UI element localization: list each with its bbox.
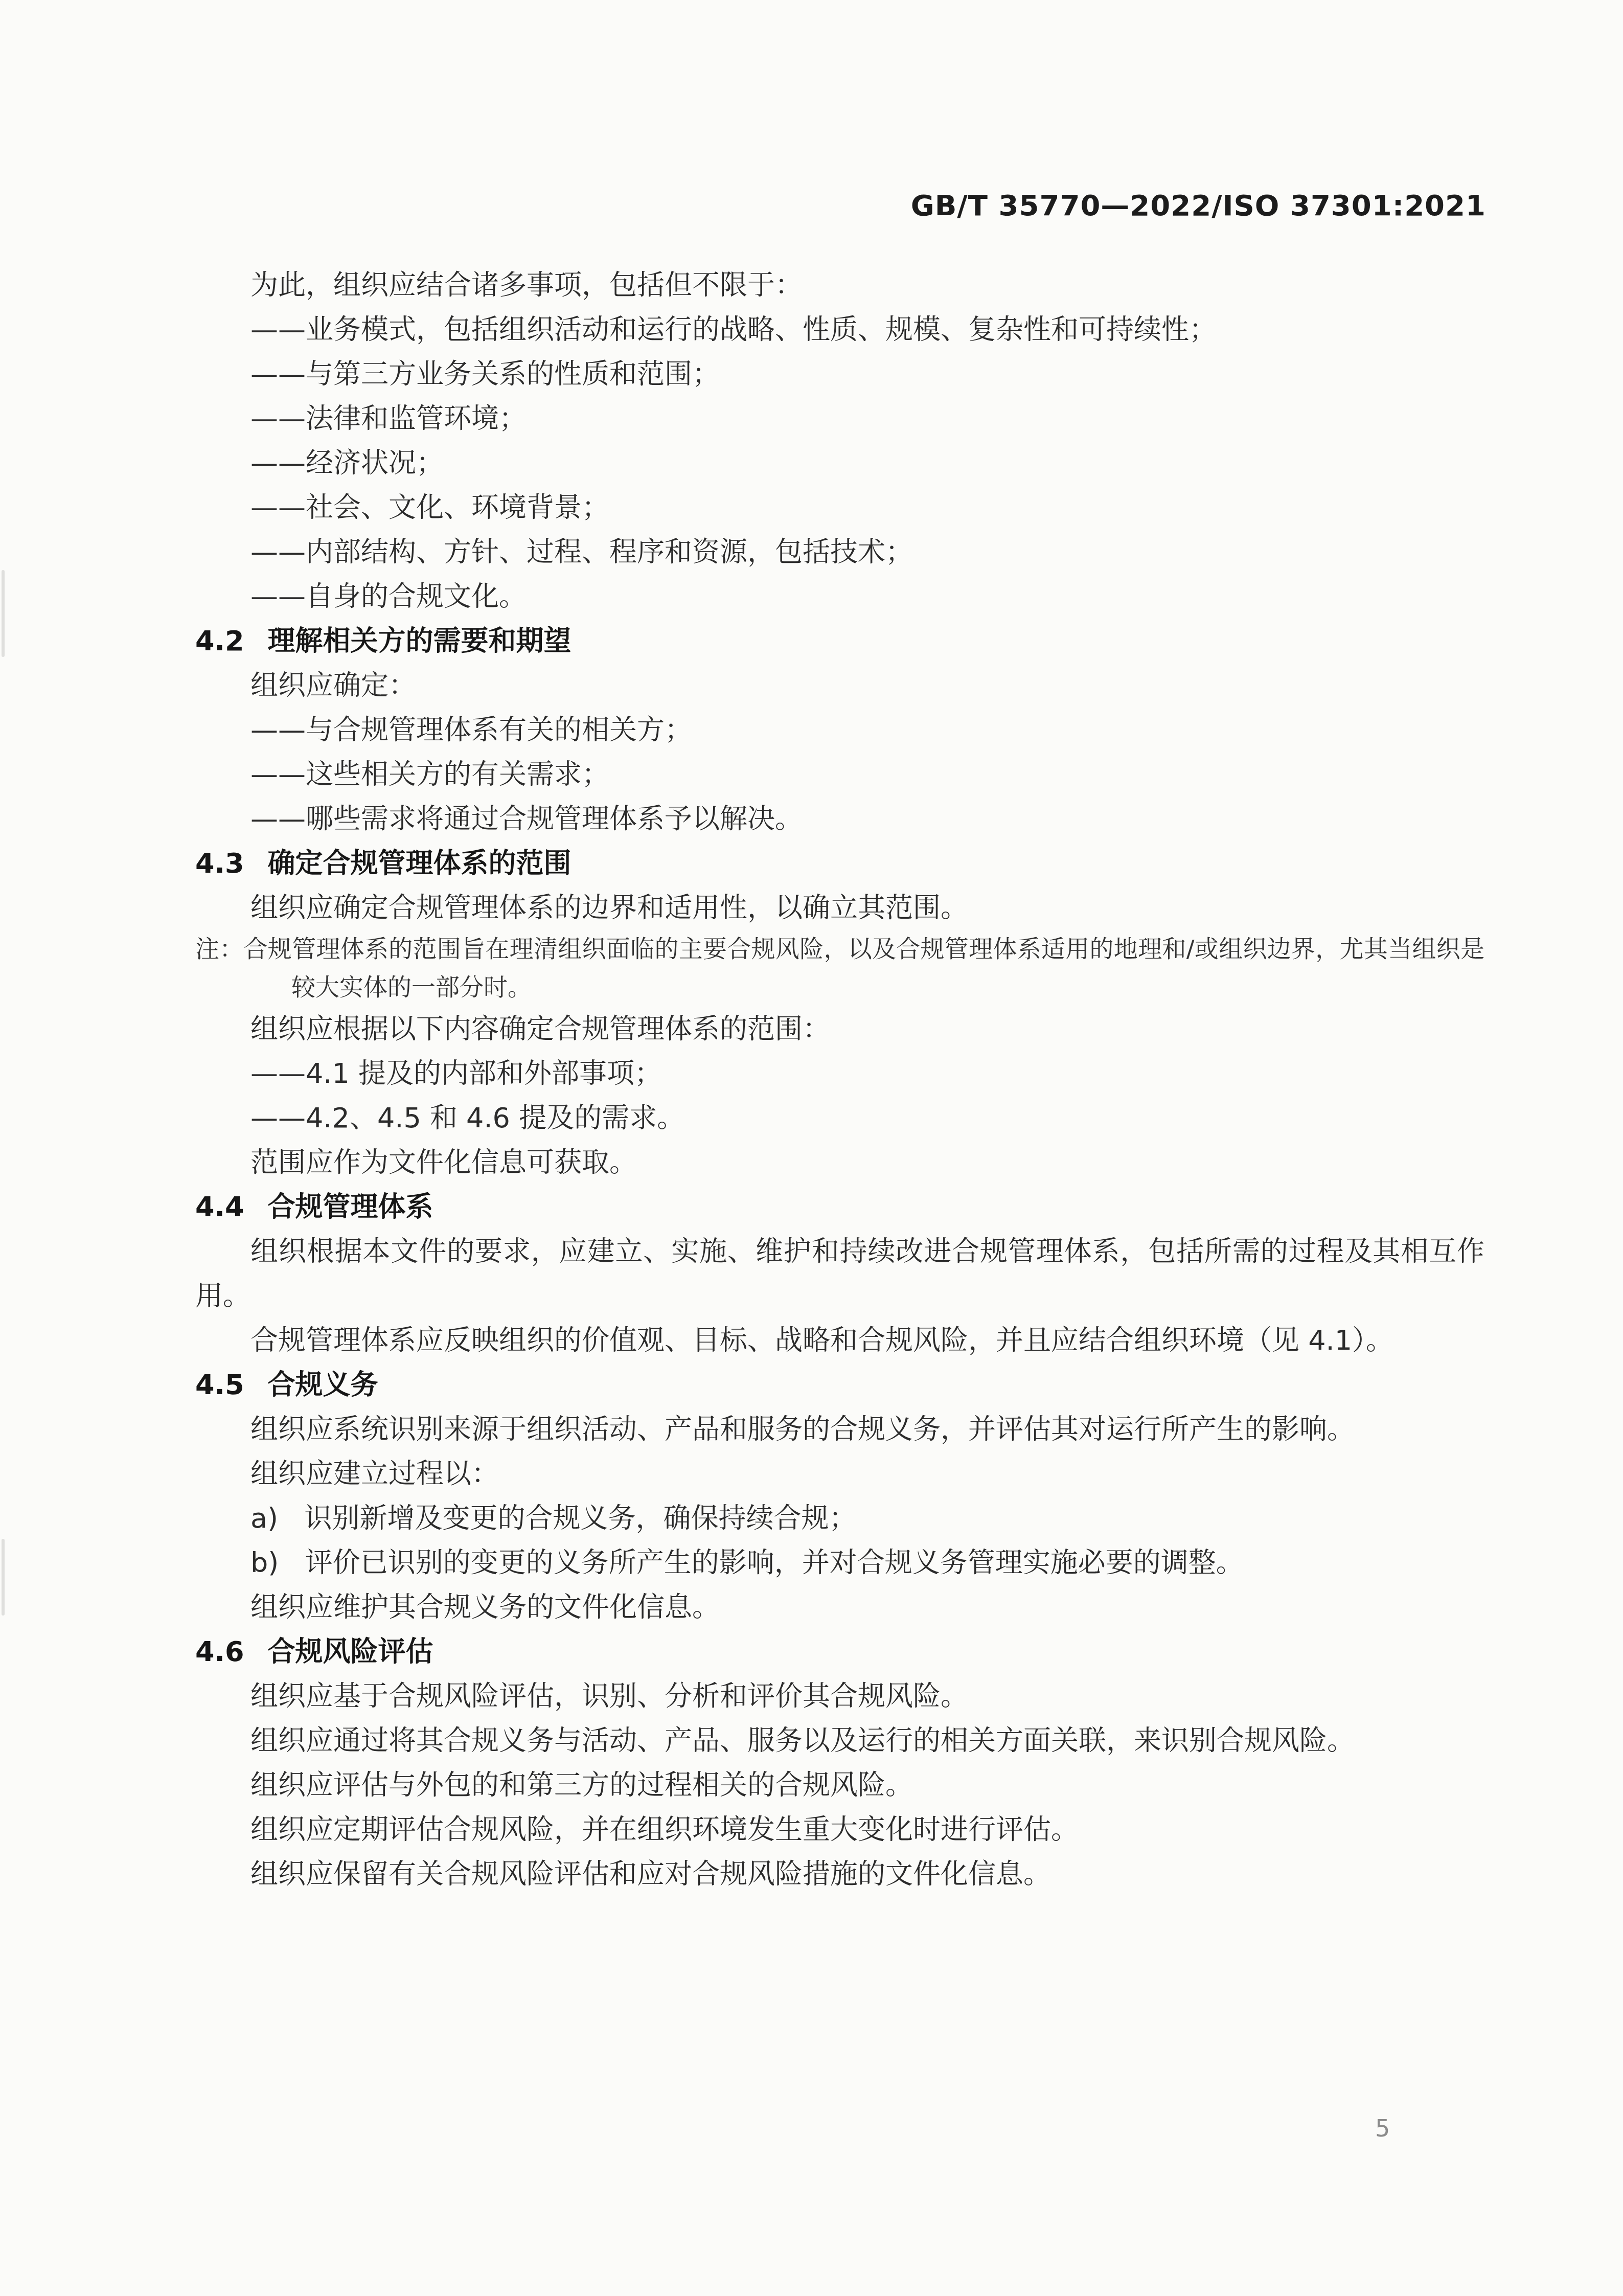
dash-list-item: ——与第三方业务关系的性质和范围； — [195, 352, 1484, 396]
section-number: 4.3 — [195, 847, 244, 879]
dash-list-item: ——4.2、4.5 和 4.6 提及的需求。 — [195, 1096, 1484, 1140]
scan-artifact — [2, 1539, 5, 1616]
section-number: 4.5 — [195, 1369, 244, 1401]
page-number: 5 — [1375, 2115, 1390, 2142]
section-title: 理解相关方的需要和期望 — [268, 625, 572, 657]
list-item-text: 识别新增及变更的合规义务，确保持续合规； — [304, 1502, 856, 1534]
paragraph: 组织根据本文件的要求，应建立、实施、维护和持续改进合规管理体系，包括所需的过程及… — [195, 1229, 1484, 1318]
paragraph: 组织应保留有关合规风险评估和应对合规风险措施的文件化信息。 — [195, 1852, 1484, 1896]
paragraph: 组织应确定合规管理体系的边界和适用性，以确立其范围。 — [195, 885, 1484, 930]
paragraph: 合规管理体系应反映组织的价值观、目标、战略和合规风险，并且应结合组织环境（见 4… — [195, 1318, 1484, 1362]
paragraph: 组织应通过将其合规义务与活动、产品、服务以及运行的相关方面关联，来识别合规风险。 — [195, 1718, 1484, 1763]
section-title: 合规义务 — [268, 1369, 378, 1401]
dash-list-item: ——法律和监管环境； — [195, 396, 1484, 441]
dash-list-item: ——社会、文化、环境背景； — [195, 485, 1484, 530]
dash-list-item: ——业务模式，包括组织活动和运行的战略、性质、规模、复杂性和可持续性； — [195, 307, 1484, 352]
list-item-a: a)识别新增及变更的合规义务，确保持续合规； — [195, 1496, 1484, 1540]
paragraph: 范围应作为文件化信息可获取。 — [195, 1140, 1484, 1185]
dash-list-item: ——经济状况； — [195, 441, 1484, 485]
section-number: 4.4 — [195, 1191, 244, 1223]
paragraph: 组织应根据以下内容确定合规管理体系的范围： — [195, 1007, 1484, 1051]
paragraph: 组织应基于合规风险评估，识别、分析和评价其合规风险。 — [195, 1674, 1484, 1718]
section-heading-4-5: 4.5合规义务 — [195, 1362, 1484, 1407]
note-label: 注： — [195, 935, 244, 963]
paragraph: 组织应评估与外包的和第三方的过程相关的合规风险。 — [195, 1763, 1484, 1807]
paragraph: 组织应定期评估合规风险，并在组织环境发生重大变化时进行评估。 — [195, 1807, 1484, 1852]
note-paragraph: 注：合规管理体系的范围旨在理清组织面临的主要合规风险，以及合规管理体系适用的地理… — [195, 930, 1484, 1007]
dash-list-item: ——4.1 提及的内部和外部事项； — [195, 1051, 1484, 1096]
section-number: 4.6 — [195, 1635, 244, 1668]
section-heading-4-4: 4.4合规管理体系 — [195, 1185, 1484, 1229]
list-item-label: a) — [250, 1502, 278, 1534]
dash-list-item: ——哪些需求将通过合规管理体系予以解决。 — [195, 797, 1484, 841]
dash-list-item: ——这些相关方的有关需求； — [195, 752, 1484, 797]
section-heading-4-3: 4.3确定合规管理体系的范围 — [195, 841, 1484, 885]
document-body: 为此，组织应结合诸多事项，包括但不限于： ——业务模式，包括组织活动和运行的战略… — [195, 263, 1484, 1896]
scan-artifact — [2, 570, 5, 657]
paragraph: 为此，组织应结合诸多事项，包括但不限于： — [195, 263, 1484, 307]
section-heading-4-6: 4.6合规风险评估 — [195, 1629, 1484, 1674]
dash-list-item: ——与合规管理体系有关的相关方； — [195, 708, 1484, 752]
note-text: 合规管理体系的范围旨在理清组织面临的主要合规风险，以及合规管理体系适用的地理和/… — [244, 935, 1484, 1002]
dash-list-item: ——自身的合规文化。 — [195, 574, 1484, 619]
section-heading-4-2: 4.2理解相关方的需要和期望 — [195, 619, 1484, 663]
list-item-b: b)评价已识别的变更的义务所产生的影响，并对合规义务管理实施必要的调整。 — [195, 1540, 1484, 1585]
dash-list-item: ——内部结构、方针、过程、程序和资源，包括技术； — [195, 530, 1484, 574]
section-title: 确定合规管理体系的范围 — [268, 847, 572, 879]
list-item-text: 评价已识别的变更的义务所产生的影响，并对合规义务管理实施必要的调整。 — [305, 1547, 1244, 1579]
list-item-label: b) — [250, 1547, 279, 1579]
paragraph: 组织应维护其合规义务的文件化信息。 — [195, 1585, 1484, 1629]
section-title: 合规管理体系 — [268, 1191, 433, 1223]
document-page: GB/T 35770—2022/ISO 37301:2021 为此，组织应结合诸… — [0, 0, 1623, 2296]
document-code-header: GB/T 35770—2022/ISO 37301:2021 — [911, 189, 1486, 222]
paragraph: 组织应建立过程以： — [195, 1451, 1484, 1496]
paragraph: 组织应系统识别来源于组织活动、产品和服务的合规义务，并评估其对运行所产生的影响。 — [195, 1407, 1484, 1451]
paragraph: 组织应确定： — [195, 663, 1484, 708]
section-title: 合规风险评估 — [268, 1635, 433, 1668]
section-number: 4.2 — [195, 625, 244, 657]
